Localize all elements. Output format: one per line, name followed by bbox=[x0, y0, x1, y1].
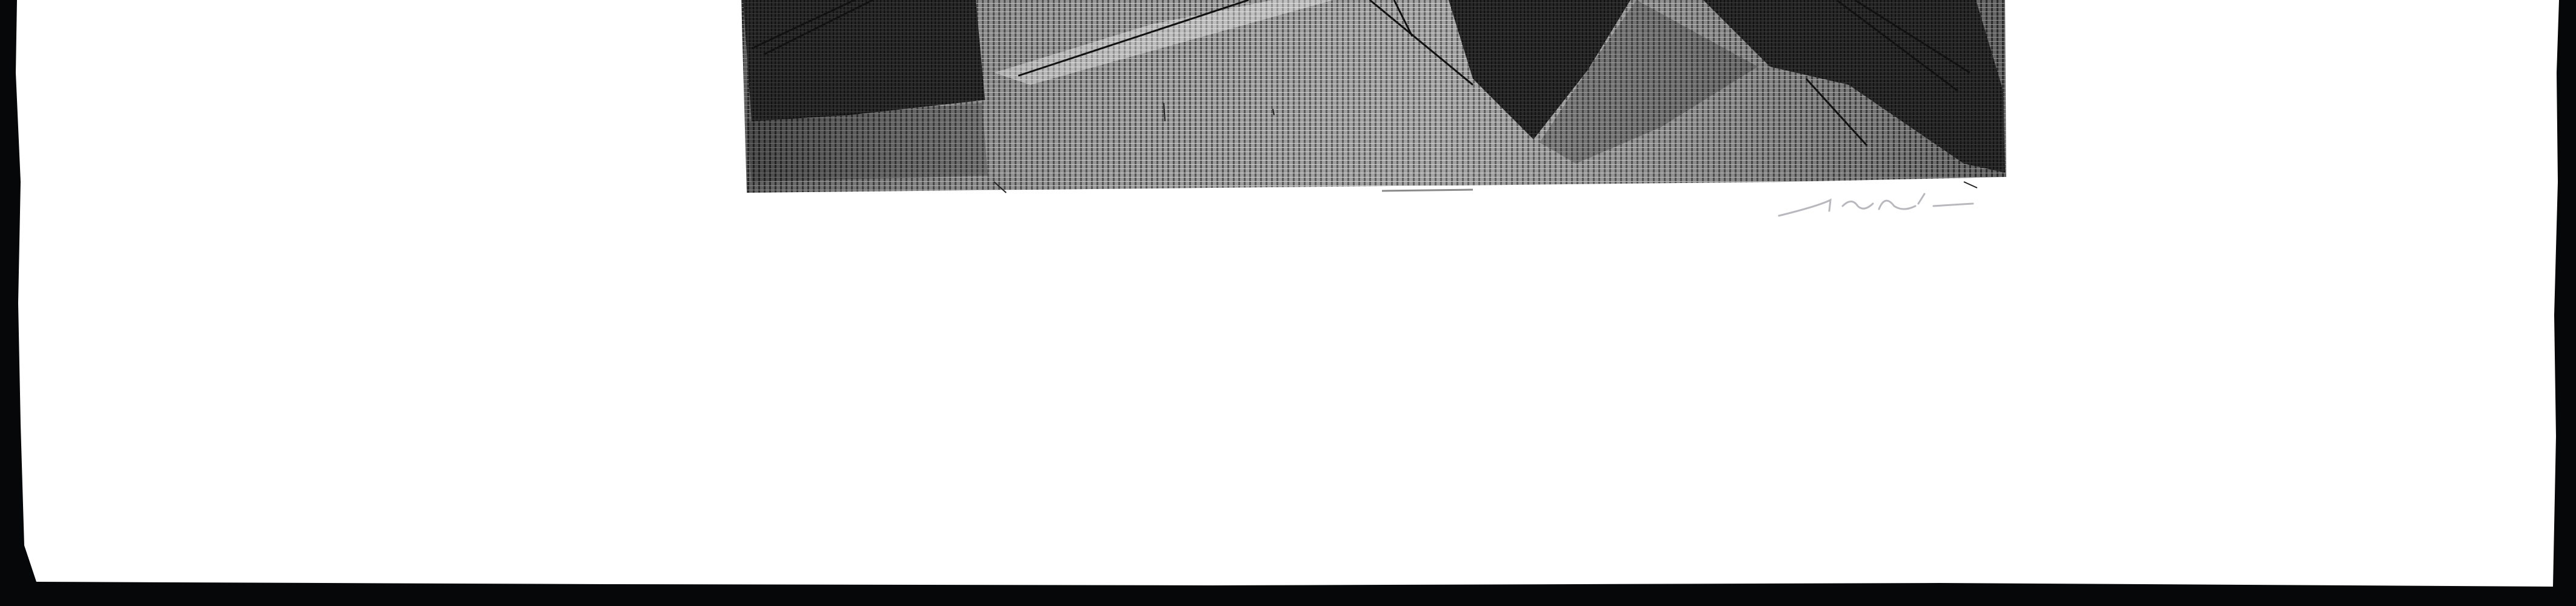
etched-plate bbox=[741, 0, 2006, 193]
print-photograph bbox=[0, 0, 2576, 606]
plate-mark bbox=[1382, 190, 1473, 191]
dark-block-left bbox=[743, 0, 985, 121]
